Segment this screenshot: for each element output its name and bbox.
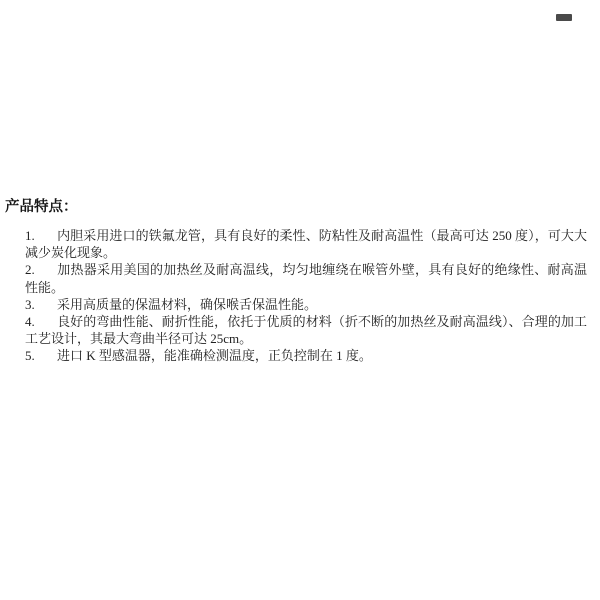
feature-number: 1.	[25, 227, 57, 244]
feature-text: 进口 K 型感温器，能准确检测温度，正负控制在 1 度。	[57, 348, 372, 363]
document-page: 产品特点： 1.内胆采用进口的铁氟龙管，具有良好的柔性、防粘性及耐高温性（最高可…	[0, 0, 600, 600]
feature-list-item: 5.进口 K 型感温器，能准确检测温度，正负控制在 1 度。	[25, 347, 587, 364]
feature-number: 3.	[25, 296, 57, 313]
feature-list-item: 2.加热器采用美国的加热丝及耐高温线，均匀地缠绕在喉管外壁，具有良好的绝缘性、耐…	[25, 261, 587, 295]
feature-text: 采用高质量的保温材料，确保喉舌保温性能。	[57, 297, 317, 312]
feature-number: 5.	[25, 347, 57, 364]
section-heading: 产品特点：	[5, 199, 78, 216]
feature-text: 加热器采用美国的加热丝及耐高温线，均匀地缠绕在喉管外壁，具有良好的绝缘性、耐高温…	[25, 262, 587, 294]
feature-list-item: 4.良好的弯曲性能、耐折性能，依托于优质的材料（折不断的加热丝及耐高温线）、合理…	[25, 313, 587, 347]
feature-list-item: 3.采用高质量的保温材料，确保喉舌保温性能。	[25, 296, 587, 313]
page: { "page": { "background_color": "#ffffff…	[0, 0, 600, 600]
feature-list-item: 1.内胆采用进口的铁氟龙管，具有良好的柔性、防粘性及耐高温性（最高可达 250 …	[25, 227, 587, 261]
feature-list: 1.内胆采用进口的铁氟龙管，具有良好的柔性、防粘性及耐高温性（最高可达 250 …	[25, 227, 587, 365]
feature-text: 内胆采用进口的铁氟龙管，具有良好的柔性、防粘性及耐高温性（最高可达 250 度）…	[25, 228, 587, 260]
feature-number: 2.	[25, 261, 57, 278]
cropped-image-fragment	[556, 14, 572, 21]
feature-text: 良好的弯曲性能、耐折性能，依托于优质的材料（折不断的加热丝及耐高温线）、合理的加…	[25, 314, 587, 346]
feature-number: 4.	[25, 313, 57, 330]
